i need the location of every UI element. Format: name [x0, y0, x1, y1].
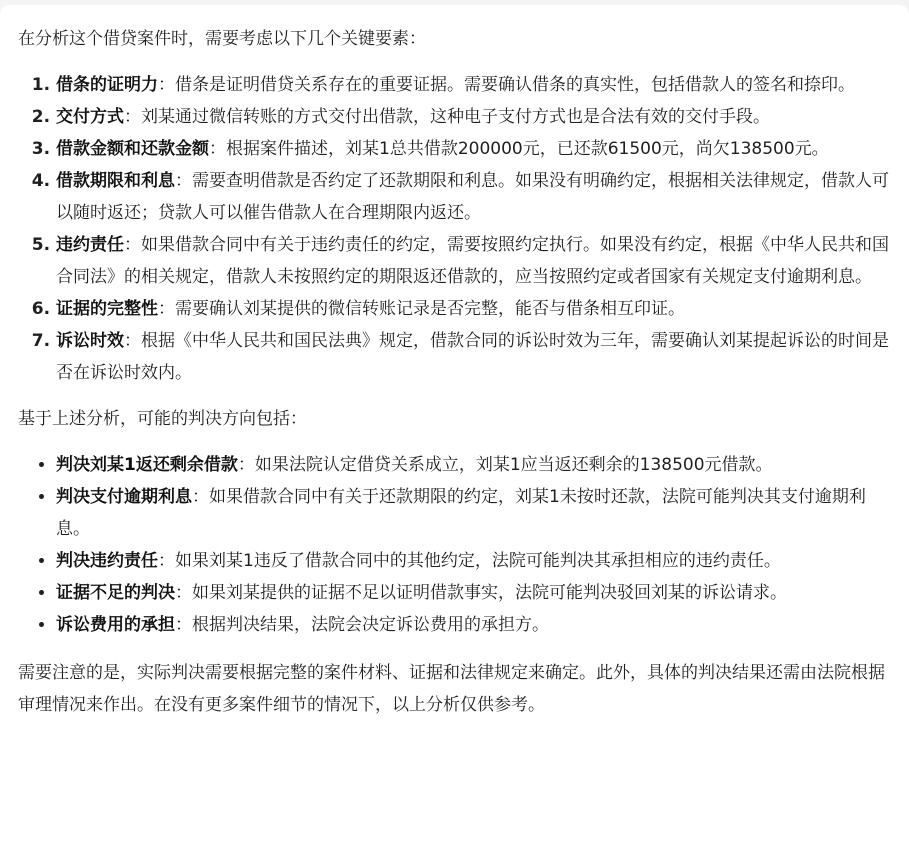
- factor-text: ：根据《中华人民共和国民法典》规定，借款合同的诉讼时效为三年，需要确认刘某提起诉…: [56, 331, 889, 383]
- factor-title: 借款期限和利息: [56, 171, 175, 191]
- verdict-text: ：根据判决结果，法院会决定诉讼费用的承担方。: [175, 615, 549, 635]
- chat-response-card: 在分析这个借贷案件时，需要考虑以下几个关键要素： 借条的证明力：借条是证明借贷关…: [0, 5, 909, 845]
- factor-title: 交付方式: [56, 107, 124, 127]
- verdict-text: ：如果刘某1违反了借款合同中的其他约定，法院可能判决其承担相应的违约责任。: [158, 551, 781, 571]
- verdict-item: 证据不足的判决：如果刘某提供的证据不足以证明借款事实，法院可能判决驳回刘某的诉讼…: [56, 577, 891, 609]
- conclusion-paragraph: 需要注意的是，实际判决需要根据完整的案件材料、证据和法律规定来确定。此外，具体的…: [18, 657, 891, 721]
- verdict-title: 证据不足的判决: [56, 583, 175, 603]
- factor-title: 借款金额和还款金额: [56, 139, 209, 159]
- intro-paragraph: 在分析这个借贷案件时，需要考虑以下几个关键要素：: [18, 23, 891, 55]
- verdict-title: 诉讼费用的承担: [56, 615, 175, 635]
- factor-item: 诉讼时效：根据《中华人民共和国民法典》规定，借款合同的诉讼时效为三年，需要确认刘…: [56, 325, 891, 389]
- verdict-text: ：如果法院认定借贷关系成立，刘某1应当返还剩余的138500元借款。: [238, 455, 773, 475]
- factor-title: 证据的完整性: [56, 299, 158, 319]
- factor-item: 证据的完整性：需要确认刘某提供的微信转账记录是否完整，能否与借条相互印证。: [56, 293, 891, 325]
- verdict-item: 诉讼费用的承担：根据判决结果，法院会决定诉讼费用的承担方。: [56, 609, 891, 641]
- factor-text: ：如果借款合同中有关于违约责任的约定，需要按照约定执行。如果没有约定，根据《中华…: [56, 235, 889, 287]
- verdict-title: 判决刘某1返还剩余借款: [56, 455, 238, 475]
- verdict-title: 判决支付逾期利息: [56, 487, 192, 507]
- verdict-text: ：如果刘某提供的证据不足以证明借款事实，法院可能判决驳回刘某的诉讼请求。: [175, 583, 787, 603]
- verdict-intro-paragraph: 基于上述分析，可能的判决方向包括：: [18, 403, 891, 435]
- factor-item: 借条的证明力：借条是证明借贷关系存在的重要证据。需要确认借条的真实性，包括借款人…: [56, 69, 891, 101]
- verdicts-list: 判决刘某1返还剩余借款：如果法院认定借贷关系成立，刘某1应当返还剩余的13850…: [18, 449, 891, 641]
- factor-text: ：借条是证明借贷关系存在的重要证据。需要确认借条的真实性，包括借款人的签名和捺印…: [158, 75, 855, 95]
- factor-title: 违约责任: [56, 235, 124, 255]
- factor-item: 违约责任：如果借款合同中有关于违约责任的约定，需要按照约定执行。如果没有约定，根…: [56, 229, 891, 293]
- factor-text: ：需要确认刘某提供的微信转账记录是否完整，能否与借条相互印证。: [158, 299, 685, 319]
- factor-item: 借款金额和还款金额：根据案件描述，刘某1总共借款200000元，已还款61500…: [56, 133, 891, 165]
- key-factors-list: 借条的证明力：借条是证明借贷关系存在的重要证据。需要确认借条的真实性，包括借款人…: [18, 69, 891, 389]
- factor-item: 借款期限和利息：需要查明借款是否约定了还款期限和利息。如果没有明确约定，根据相关…: [56, 165, 891, 229]
- factor-title: 借条的证明力: [56, 75, 158, 95]
- factor-title: 诉讼时效: [56, 331, 124, 351]
- factor-item: 交付方式：刘某通过微信转账的方式交付出借款，这种电子支付方式也是合法有效的交付手…: [56, 101, 891, 133]
- verdict-item: 判决违约责任：如果刘某1违反了借款合同中的其他约定，法院可能判决其承担相应的违约…: [56, 545, 891, 577]
- verdict-item: 判决刘某1返还剩余借款：如果法院认定借贷关系成立，刘某1应当返还剩余的13850…: [56, 449, 891, 481]
- factor-text: ：根据案件描述，刘某1总共借款200000元，已还款61500元，尚欠13850…: [209, 139, 829, 159]
- factor-text: ：刘某通过微信转账的方式交付出借款，这种电子支付方式也是合法有效的交付手段。: [124, 107, 770, 127]
- verdict-title: 判决违约责任: [56, 551, 158, 571]
- factor-text: ：需要查明借款是否约定了还款期限和利息。如果没有明确约定，根据相关法律规定，借款…: [56, 171, 889, 223]
- verdict-item: 判决支付逾期利息：如果借款合同中有关于还款期限的约定，刘某1未按时还款，法院可能…: [56, 481, 891, 545]
